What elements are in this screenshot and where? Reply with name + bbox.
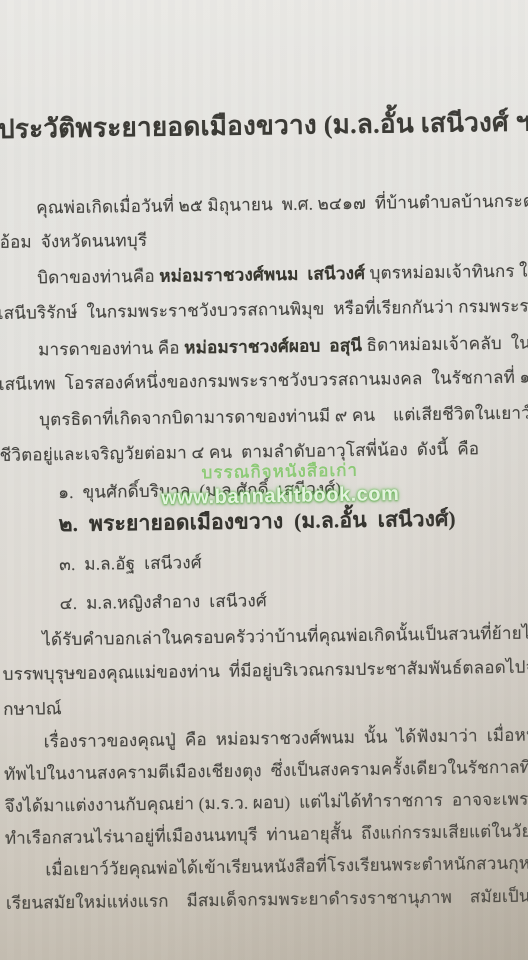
text-segment: มารดาของท่าน คือ	[38, 338, 184, 359]
list-item: ๑. ขุนศักดิ์บริบาล (ม.ล.ศักดิ์ เสนีวงศ์)	[58, 475, 342, 506]
text-segment: บุตรหม่อมเจ้าทินกร ในกรม-	[365, 261, 528, 283]
paragraph-line: บิดาของท่านคือ หม่อมราชวงศ์พนม เสนีวงศ์ …	[37, 257, 528, 292]
paragraph-line: ทำเรือกสวนไร่นาอยู่ที่เมืองนนทบุรี ท่านอ…	[5, 816, 528, 852]
paragraph-line: คุณพ่อเกิดเมื่อวันที่ ๒๕ มิถุนายน พ.ศ. ๒…	[36, 187, 528, 221]
paragraph-line: ชีวิตอยู่และเจริญวัยต่อมา ๔ คน ตามลำดับอ…	[0, 435, 479, 469]
paragraph-line: บรรพบุรุษของคุณแม่ของท่าน ที่มีอยู่บริเว…	[3, 652, 528, 688]
book-page: ประวัติพระยายอดเมืองขวาง (ม.ล.อั้น เสนีว…	[0, 0, 528, 960]
text-segment: ธิดาหม่อมเจ้าคลับ ในกรม-	[362, 333, 528, 355]
paragraph-line: กษาปณ์	[3, 695, 62, 723]
list-item: ๔. ม.ล.หญิงสำอาง เสนีวงศ์	[60, 587, 268, 617]
list-item: ๒. พระยายอดเมืองขวาง (ม.ล.อั้น เสนีวงศ์)	[58, 503, 456, 542]
paragraph-line: เรียนสมัยใหม่แห่งแรก มีสมเด็จกรมพระยาดำร…	[6, 881, 528, 917]
page-title: ประวัติพระยายอดเมืองขวาง (ม.ล.อั้น เสนีว…	[0, 101, 528, 150]
paragraph-line: บุตรธิดาที่เกิดจากบิดามารดาของท่านมี ๙ ค…	[39, 399, 528, 434]
paragraph-line: มารดาของท่าน คือ หม่อมราชวงศ์ผอบ อสุนี ธ…	[38, 329, 528, 363]
text-segment-bold: หม่อมราชวงศ์ผอบ อสุนี	[184, 336, 362, 357]
paragraph-line: จึงได้มาแต่งงานกับคุณย่า (ม.ร.ว. ผอบ) แต…	[4, 784, 528, 820]
paragraph-line: ได้รับคำบอกเล่าในครอบครัวว่าบ้านที่คุณพ่…	[42, 618, 528, 653]
text-segment: บิดาของท่านคือ	[37, 267, 159, 288]
paragraph-line: เรื่องราวของคุณปู่ คือ หม่อมราชวงศ์พนม น…	[43, 721, 528, 756]
paragraph-line: อ้อม จังหวัดนนทบุรี	[0, 227, 147, 256]
paragraph-line: เมื่อเยาว์วัยคุณพ่อได้เข้าเรียนหนังสือที…	[45, 848, 528, 883]
list-item: ๓. ม.ล.อัฐ เสนีวงศ์	[59, 549, 202, 578]
paragraph-line: เสนีบริรักษ์ ในกรมพระราชวังบวรสถานพิมุข …	[0, 292, 528, 327]
text-segment-bold: หม่อมราชวงศ์พนม เสนีวงศ์	[159, 264, 365, 286]
paragraph-line: เสนีเทพ โอรสองค์หนึ่งของกรมพระราชวังบวรส…	[0, 364, 528, 398]
paragraph-line: ทัพไปในงานสงครามตีเมืองเชียงตุง ซึ่งเป็น…	[4, 752, 528, 788]
